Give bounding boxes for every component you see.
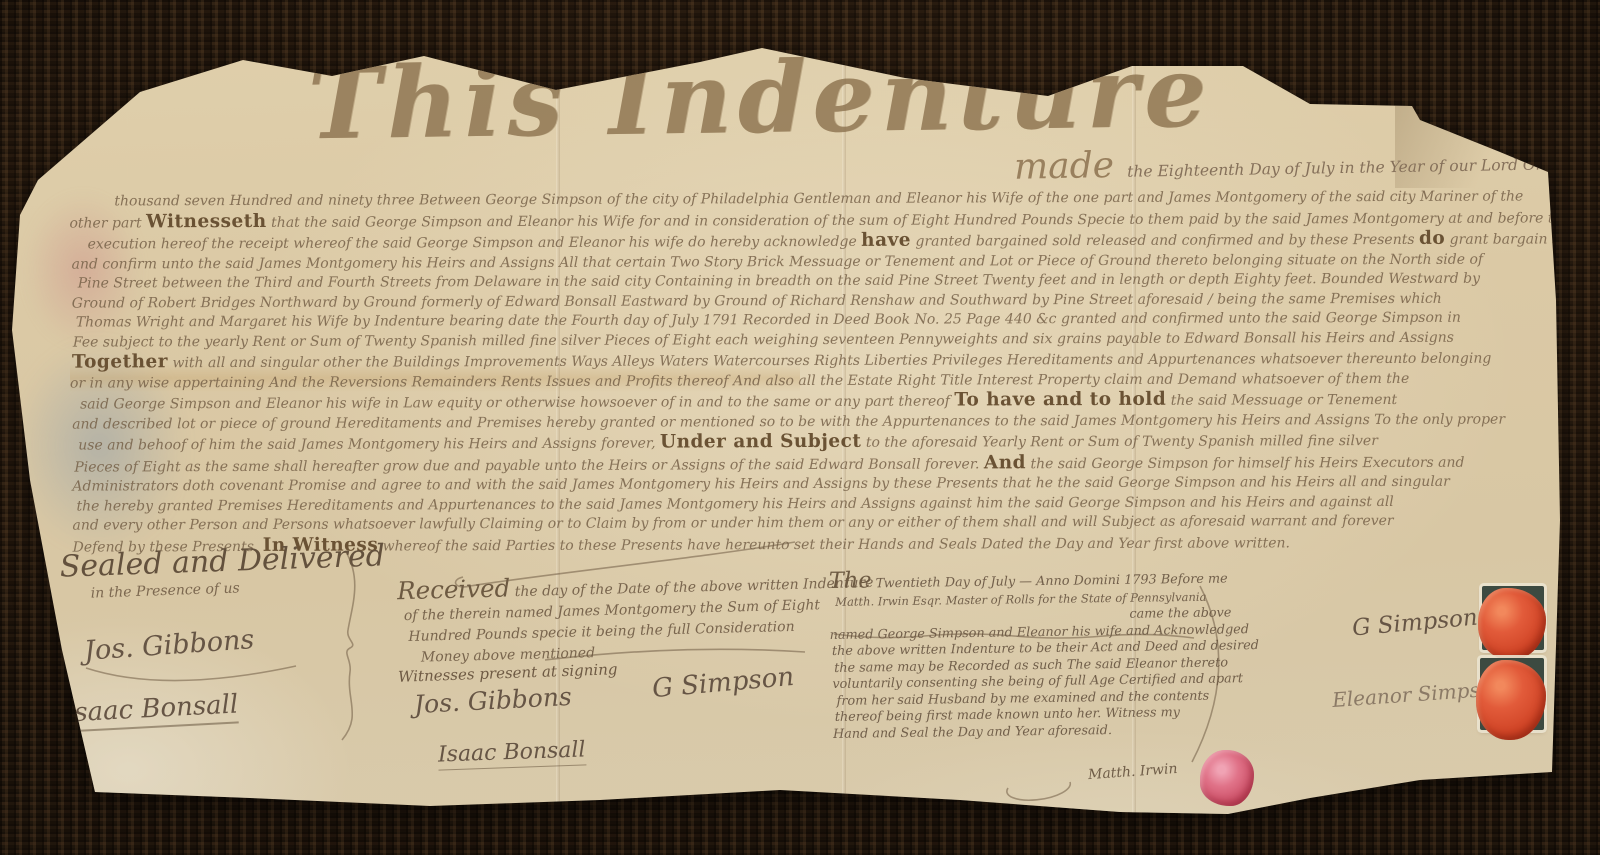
- signature-jos-gibbons: Jos. Gibbons: [413, 682, 572, 719]
- red-wax-seal-icon: [1478, 588, 1546, 660]
- irwin-loop-flourish: [1007, 782, 1070, 800]
- receipt-block: Received the day of the Date of the abov…: [397, 568, 875, 669]
- body-text: thousand seven Hundred and ninety three …: [69, 187, 1550, 557]
- parchment-wrap: This Indenture made the Eighteenth Day o…: [0, 0, 1600, 855]
- signature-isaac-bonsall: Isaac Bonsall: [63, 689, 239, 732]
- made-word: made: [1014, 145, 1115, 188]
- wax-seal-backing: [1482, 586, 1544, 650]
- signature-matth-irwin: Matth. Irwin: [1088, 761, 1178, 783]
- signature-jos-gibbons: Jos. Gibbons: [83, 624, 255, 667]
- gibbons-underline-flourish: [86, 666, 296, 681]
- parchment-document: This Indenture made the Eighteenth Day o…: [0, 0, 1600, 855]
- attestation-block: Sealed and Delivered in the Presence of …: [59, 538, 386, 602]
- signature-g-simpson: G Simpson: [651, 662, 795, 704]
- acknowledgment-line: came the above: [1129, 605, 1258, 623]
- signature-g-simpson: G Simpson: [1351, 605, 1479, 642]
- document-title: This Indenture: [307, 44, 1213, 155]
- wax-seal-backing: [1480, 658, 1544, 730]
- signature-isaac-bonsall: Isaac Bonsall: [438, 737, 586, 770]
- red-wax-seal-icon: [1476, 660, 1546, 740]
- date-line: the Eighteenth Day of July in the Year o…: [1127, 155, 1555, 180]
- acknowledgment-block: The Twentieth Day of July — Anno Domini …: [829, 567, 1260, 743]
- photo-background: This Indenture made the Eighteenth Day o…: [0, 0, 1600, 855]
- pink-wax-seal-icon: [1200, 750, 1254, 806]
